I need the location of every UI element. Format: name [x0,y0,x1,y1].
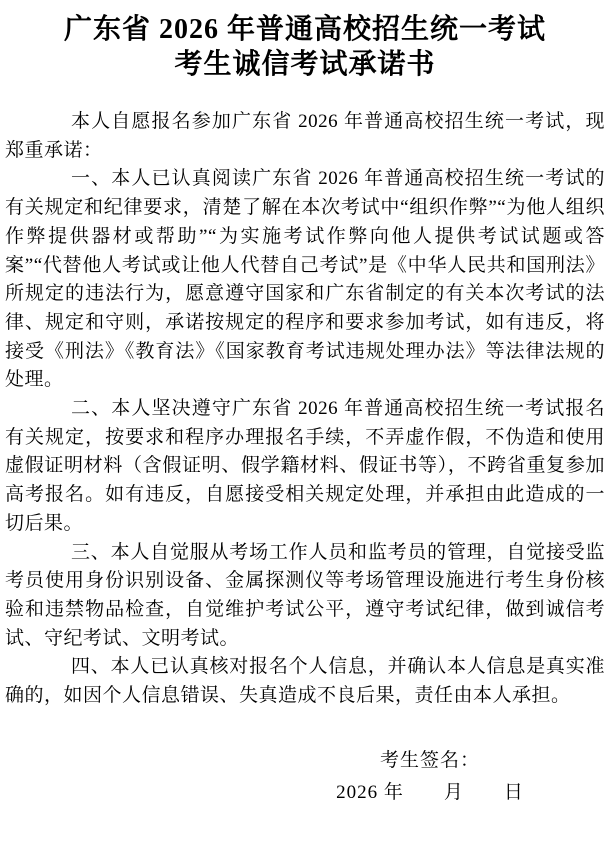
paragraph-clause-3: 三、本人自觉服从考场工作人员和监考员的管理，自觉接受监考员使用身份识别设备、金属… [5,539,605,654]
signature-block: 考生签名： 2026 年 月 日 [325,745,535,809]
paragraph-intro: 本人自愿报名参加广东省 2026 年普通高校招生统一考试，现郑重承诺： [5,108,605,165]
title-line-2: 考生诚信考试承诺书 [5,47,605,82]
date-line: 2026 年 月 日 [325,777,535,809]
document-title: 广东省 2026 年普通高校招生统一考试 考生诚信考试承诺书 [5,12,605,82]
paragraph-clause-2: 二、本人坚决遵守广东省 2026 年普通高校招生统一考试报名有关规定，按要求和程… [5,395,605,539]
document-body: 本人自愿报名参加广东省 2026 年普通高校招生统一考试，现郑重承诺： 一、本人… [5,108,605,711]
paragraph-clause-4: 四、本人已认真核对报名个人信息，并确认本人信息是真实准确的，如因个人信息错误、失… [5,653,605,710]
title-line-1: 广东省 2026 年普通高校招生统一考试 [5,12,605,47]
paragraph-clause-1: 一、本人已认真阅读广东省 2026 年普通高校招生统一考试的有关规定和纪律要求，… [5,165,605,395]
document-page: 广东省 2026 年普通高校招生统一考试 考生诚信考试承诺书 本人自愿报名参加广… [0,0,611,864]
candidate-signature-label: 考生签名： [325,745,535,777]
